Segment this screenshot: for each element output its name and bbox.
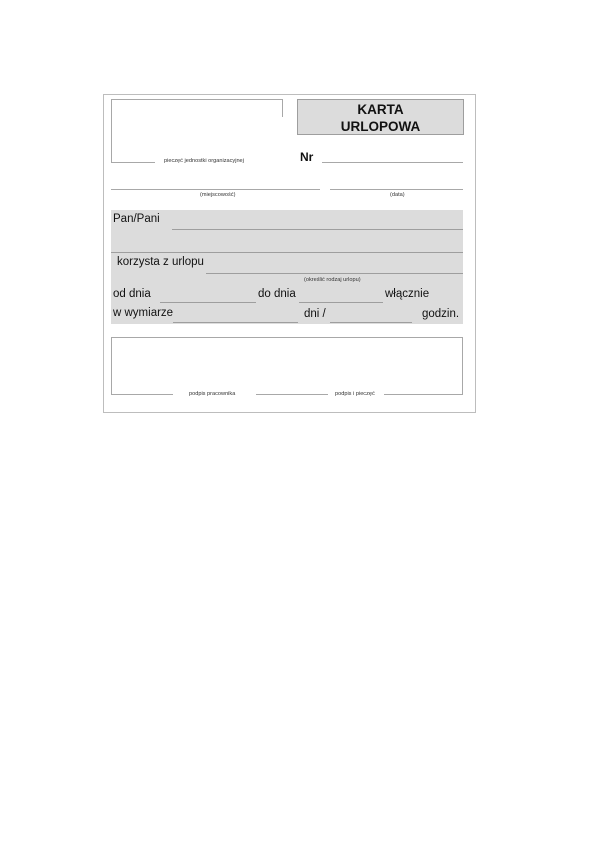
form-title: KARTA URLOPOWA [297, 99, 464, 135]
stamp-caption: pieczęć jednostki organizacyjnej [164, 158, 244, 164]
form-title-line2: URLOPOWA [298, 118, 463, 135]
stamp-signature-caption: podpis i pieczęć [335, 391, 375, 397]
stamp-box-border-bottom [111, 162, 155, 163]
days-field-line[interactable] [173, 322, 298, 323]
employee-signature-caption: podpis pracownika [189, 391, 235, 397]
signature-box-border-top [111, 337, 463, 338]
od-dnia-label: od dnia [113, 288, 151, 300]
stamp-signature-line-right[interactable] [384, 394, 463, 395]
do-dnia-label: do dnia [258, 288, 296, 300]
wlacznie-label: włącznie [385, 288, 429, 300]
stamp-box-border-left [111, 99, 112, 163]
signature-box-border-left [111, 337, 112, 395]
name-field-line-2[interactable] [111, 252, 463, 253]
hours-field-line[interactable] [330, 322, 412, 323]
employee-signature-line[interactable] [111, 394, 173, 395]
leave-type-field-line[interactable] [206, 273, 463, 274]
date-field-line[interactable] [330, 189, 463, 190]
korzysta-label: korzysta z urlopu [117, 256, 204, 268]
place-field-line[interactable] [111, 189, 320, 190]
stamp-box-border-top [111, 99, 283, 100]
stamp-box-border-right [282, 99, 283, 117]
date-caption: (data) [390, 192, 405, 198]
from-date-field-line[interactable] [160, 302, 256, 303]
pan-pani-label: Pan/Pani [113, 213, 160, 225]
form-title-line1: KARTA [298, 101, 463, 118]
stamp-signature-line[interactable] [256, 394, 328, 395]
w-wymiarze-label: w wymiarze [113, 307, 173, 319]
leave-type-caption: (określić rodzaj urlopu) [304, 277, 361, 283]
place-caption: (miejscowość) [200, 192, 235, 198]
nr-field-line[interactable] [322, 162, 463, 163]
name-field-line[interactable] [172, 229, 463, 230]
nr-label: Nr [300, 150, 313, 164]
signature-box-border-right [462, 337, 463, 395]
dni-label: dni / [304, 308, 326, 320]
to-date-field-line[interactable] [299, 302, 383, 303]
godzin-label: godzin. [422, 308, 459, 320]
